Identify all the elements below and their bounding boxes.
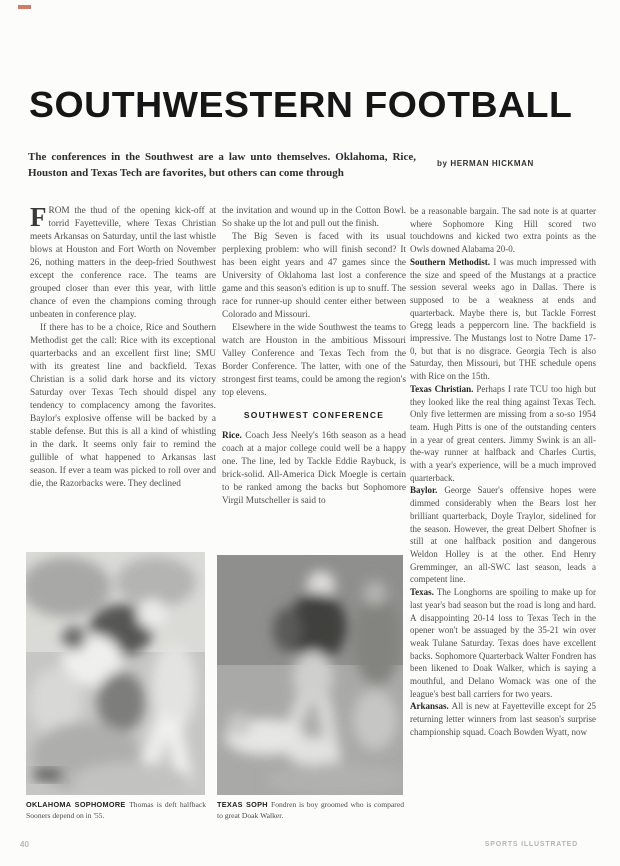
photo-caption-right: TEXAS SOPH Fondren is boy groomed who is…: [217, 800, 404, 821]
paragraph: Texas Christian. Perhaps I rate TCU too …: [410, 383, 596, 485]
article-title: SOUTHWESTERN FOOTBALL: [29, 84, 618, 126]
paragraph: If there has to be a choice, Rice and So…: [30, 322, 216, 491]
paragraph-lead: Rice.: [222, 431, 245, 441]
paragraph: Rice. Coach Jess Neely's 16th season as …: [222, 430, 406, 508]
paragraph-lead: Texas Christian.: [410, 384, 476, 394]
paragraph: Southern Methodist. I was much impressed…: [410, 256, 596, 383]
paragraph: Arkansas. All is new at Fayetteville exc…: [410, 700, 596, 738]
text-column-3: be a reasonable bargain. The sad note is…: [410, 205, 596, 837]
paragraph-lead: Texas.: [410, 587, 437, 597]
drop-cap: F: [30, 205, 49, 229]
oklahoma-action-photo: [26, 552, 205, 795]
paragraph: Baylor. George Sauer's offensive hopes w…: [410, 484, 596, 586]
texas-fondren-photo: [217, 555, 403, 795]
paragraph: the invitation and wound up in the Cotto…: [222, 205, 406, 231]
article-byline: by HERMAN HICKMAN: [437, 159, 597, 168]
paragraph: Texas. The Longhorns are spoiling to mak…: [410, 586, 596, 700]
photo-illustration: [26, 552, 205, 795]
magazine-footer: SPORTS ILLUSTRATED: [485, 841, 578, 848]
paragraph-lead: Southern Methodist.: [410, 257, 493, 267]
paragraph: be a reasonable bargain. The sad note is…: [410, 205, 596, 256]
paragraph-lead: Arkansas.: [410, 701, 452, 711]
photo-caption-left: OKLAHOMA SOPHOMORE Thomas is deft halfba…: [26, 800, 206, 821]
caption-lead: TEXAS SOPH: [217, 800, 271, 809]
red-registration-mark: [18, 5, 31, 9]
paragraph: FROM the thud of the opening kick-off at…: [30, 205, 216, 322]
caption-lead: OKLAHOMA SOPHOMORE: [26, 800, 129, 809]
section-heading: SOUTHWEST CONFERENCE: [222, 409, 406, 422]
magazine-page: SOUTHWESTERN FOOTBALL The conferences in…: [0, 0, 620, 866]
text-column-1: FROM the thud of the opening kick-off at…: [30, 205, 216, 555]
paragraph: Elsewhere in the wide Southwest the team…: [222, 322, 406, 400]
page-number: 40: [20, 840, 29, 849]
photo-illustration: [217, 555, 403, 795]
article-deck: The conferences in the Southwest are a l…: [28, 149, 416, 181]
paragraph: The Big Seven is faced with its usual pe…: [222, 231, 406, 322]
paragraph-lead: Baylor.: [410, 485, 444, 495]
text-column-2: the invitation and wound up in the Cotto…: [222, 205, 406, 557]
